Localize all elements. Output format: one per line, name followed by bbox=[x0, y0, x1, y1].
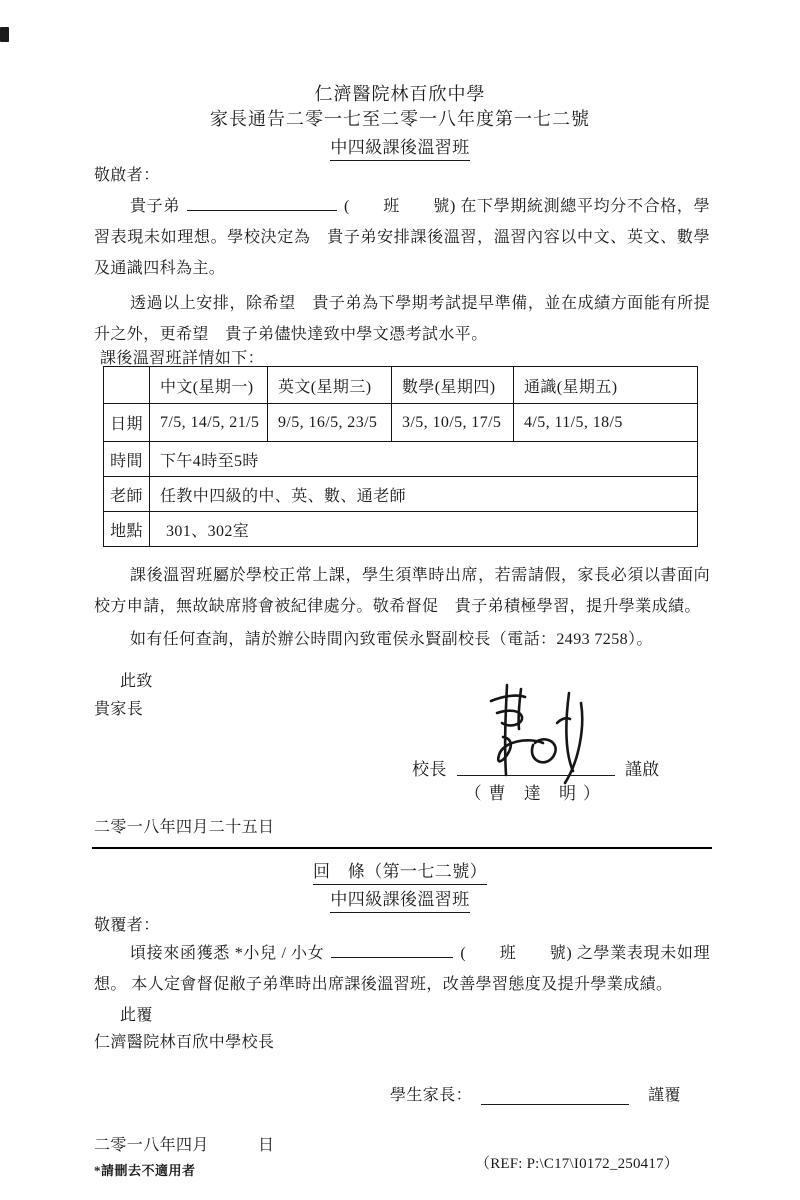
reply-addressee: 仁濟醫院林百欣中學校長 bbox=[94, 1027, 710, 1058]
reply-slip-subtitle: 中四級課後溫習班 bbox=[0, 885, 800, 913]
p1-lead: 貴子弟 bbox=[130, 198, 180, 215]
row-label-date: 日期 bbox=[104, 404, 150, 442]
ref-code: （REF: P:\C17\I0172_250417） bbox=[475, 1152, 679, 1173]
dates-maths: 3/5, 10/5, 17/5 bbox=[392, 404, 514, 442]
corner-cell bbox=[104, 367, 150, 404]
reply-p-lead: 頃接來函獲悉 *小兒 / 小女 bbox=[130, 945, 324, 962]
parent-signature-block: 學生家長： 謹覆 bbox=[390, 1082, 681, 1105]
reply-salutation: 敬覆者： bbox=[94, 910, 710, 941]
col-header-chinese: 中文(星期一) bbox=[150, 367, 268, 404]
notice-number-line: 家長通告二零一七至二零一八年度第一七二號 bbox=[0, 105, 800, 131]
student-name-blank bbox=[187, 195, 337, 211]
principal-closing-label: 謹啟 bbox=[625, 755, 660, 780]
table-row-dates: 日期 7/5, 14/5, 21/5 9/5, 16/5, 23/5 3/5, … bbox=[104, 404, 698, 442]
signature-line-group: （曹 達 明） bbox=[457, 690, 615, 804]
principal-signature-block: 校長 （曹 達 明） bbox=[412, 690, 660, 804]
paragraph-4: 如有任何查詢，請於辦公時間內致電侯永賢副校長（電話：2493 7258）。 bbox=[94, 624, 710, 655]
principal-signature-line bbox=[457, 690, 615, 776]
parent-label: 學生家長： bbox=[390, 1082, 472, 1105]
teacher-value: 任教中四級的中、英、數、通老師 bbox=[150, 477, 698, 512]
venue-value: 301、302室 bbox=[150, 512, 698, 547]
schedule-table: 中文(星期一) 英文(星期三) 數學(星期四) 通識(星期五) 日期 7/5, … bbox=[103, 366, 698, 547]
paragraph-1: 貴子弟( 班 號) 在下學期統測總平均分不合格，學習表現未如理想。學校決定為 貴… bbox=[94, 191, 710, 284]
notice-title-text: 中四級課後溫習班 bbox=[330, 133, 469, 161]
delete-inapplicable-footnote: *請刪去不適用者 bbox=[94, 1160, 196, 1179]
row-label-venue: 地點 bbox=[104, 512, 150, 547]
col-header-maths: 數學(星期四) bbox=[392, 367, 514, 404]
parent-signature-blank bbox=[481, 1085, 629, 1105]
paragraph-3: 課後溫習班屬於學校正常上課，學生須準時出席，若需請假，家長必須以書面向校方申請，… bbox=[94, 560, 710, 622]
reply-paragraph: 頃接來函獲悉 *小兒 / 小女( 班 號) 之學業表現未如理想。 本人定會督促敝… bbox=[94, 938, 710, 1000]
school-name: 仁濟醫院林百欣中學 bbox=[0, 80, 800, 106]
table-row-venue: 地點 301、302室 bbox=[104, 512, 698, 547]
scan-artifact bbox=[0, 27, 9, 42]
dates-chinese: 7/5, 14/5, 21/5 bbox=[150, 404, 268, 442]
table-row-time: 時間 下午4時至5時 bbox=[104, 442, 698, 477]
tear-off-divider bbox=[92, 847, 712, 849]
principal-signature-icon bbox=[473, 679, 601, 797]
parent-closing-label: 謹覆 bbox=[648, 1082, 681, 1105]
time-value: 下午4時至5時 bbox=[150, 442, 698, 477]
col-header-english: 英文(星期三) bbox=[268, 367, 392, 404]
paragraph-2: 透過以上安排，除希望 貴子弟為下學期考試提早準備，並在成績方面能有所提升之外，更… bbox=[94, 288, 710, 350]
letter-date: 二零一八年四月二十五日 bbox=[94, 812, 710, 843]
dates-english: 9/5, 16/5, 23/5 bbox=[268, 404, 392, 442]
dates-ls: 4/5, 11/5, 18/5 bbox=[514, 404, 698, 442]
reply-slip-subtitle-text: 中四級課後溫習班 bbox=[330, 885, 469, 913]
table-header-row: 中文(星期一) 英文(星期三) 數學(星期四) 通識(星期五) bbox=[104, 367, 698, 404]
row-label-teacher: 老師 bbox=[104, 477, 150, 512]
scanned-notice-page: 仁濟醫院林百欣中學 家長通告二零一七至二零一八年度第一七二號 中四級課後溫習班 … bbox=[0, 0, 800, 1200]
principal-role-label: 校長 bbox=[412, 755, 447, 780]
row-label-time: 時間 bbox=[104, 442, 150, 477]
reply-slip-title-text: 回 條（第一七二號） bbox=[313, 857, 487, 885]
reply-slip-title: 回 條（第一七二號） bbox=[0, 857, 800, 885]
salutation: 敬啟者： bbox=[94, 160, 710, 191]
col-header-ls: 通識(星期五) bbox=[514, 367, 698, 404]
notice-title: 中四級課後溫習班 bbox=[0, 133, 800, 161]
table-row-teacher: 老師 任教中四級的中、英、數、通老師 bbox=[104, 477, 698, 512]
child-name-blank bbox=[331, 942, 453, 958]
